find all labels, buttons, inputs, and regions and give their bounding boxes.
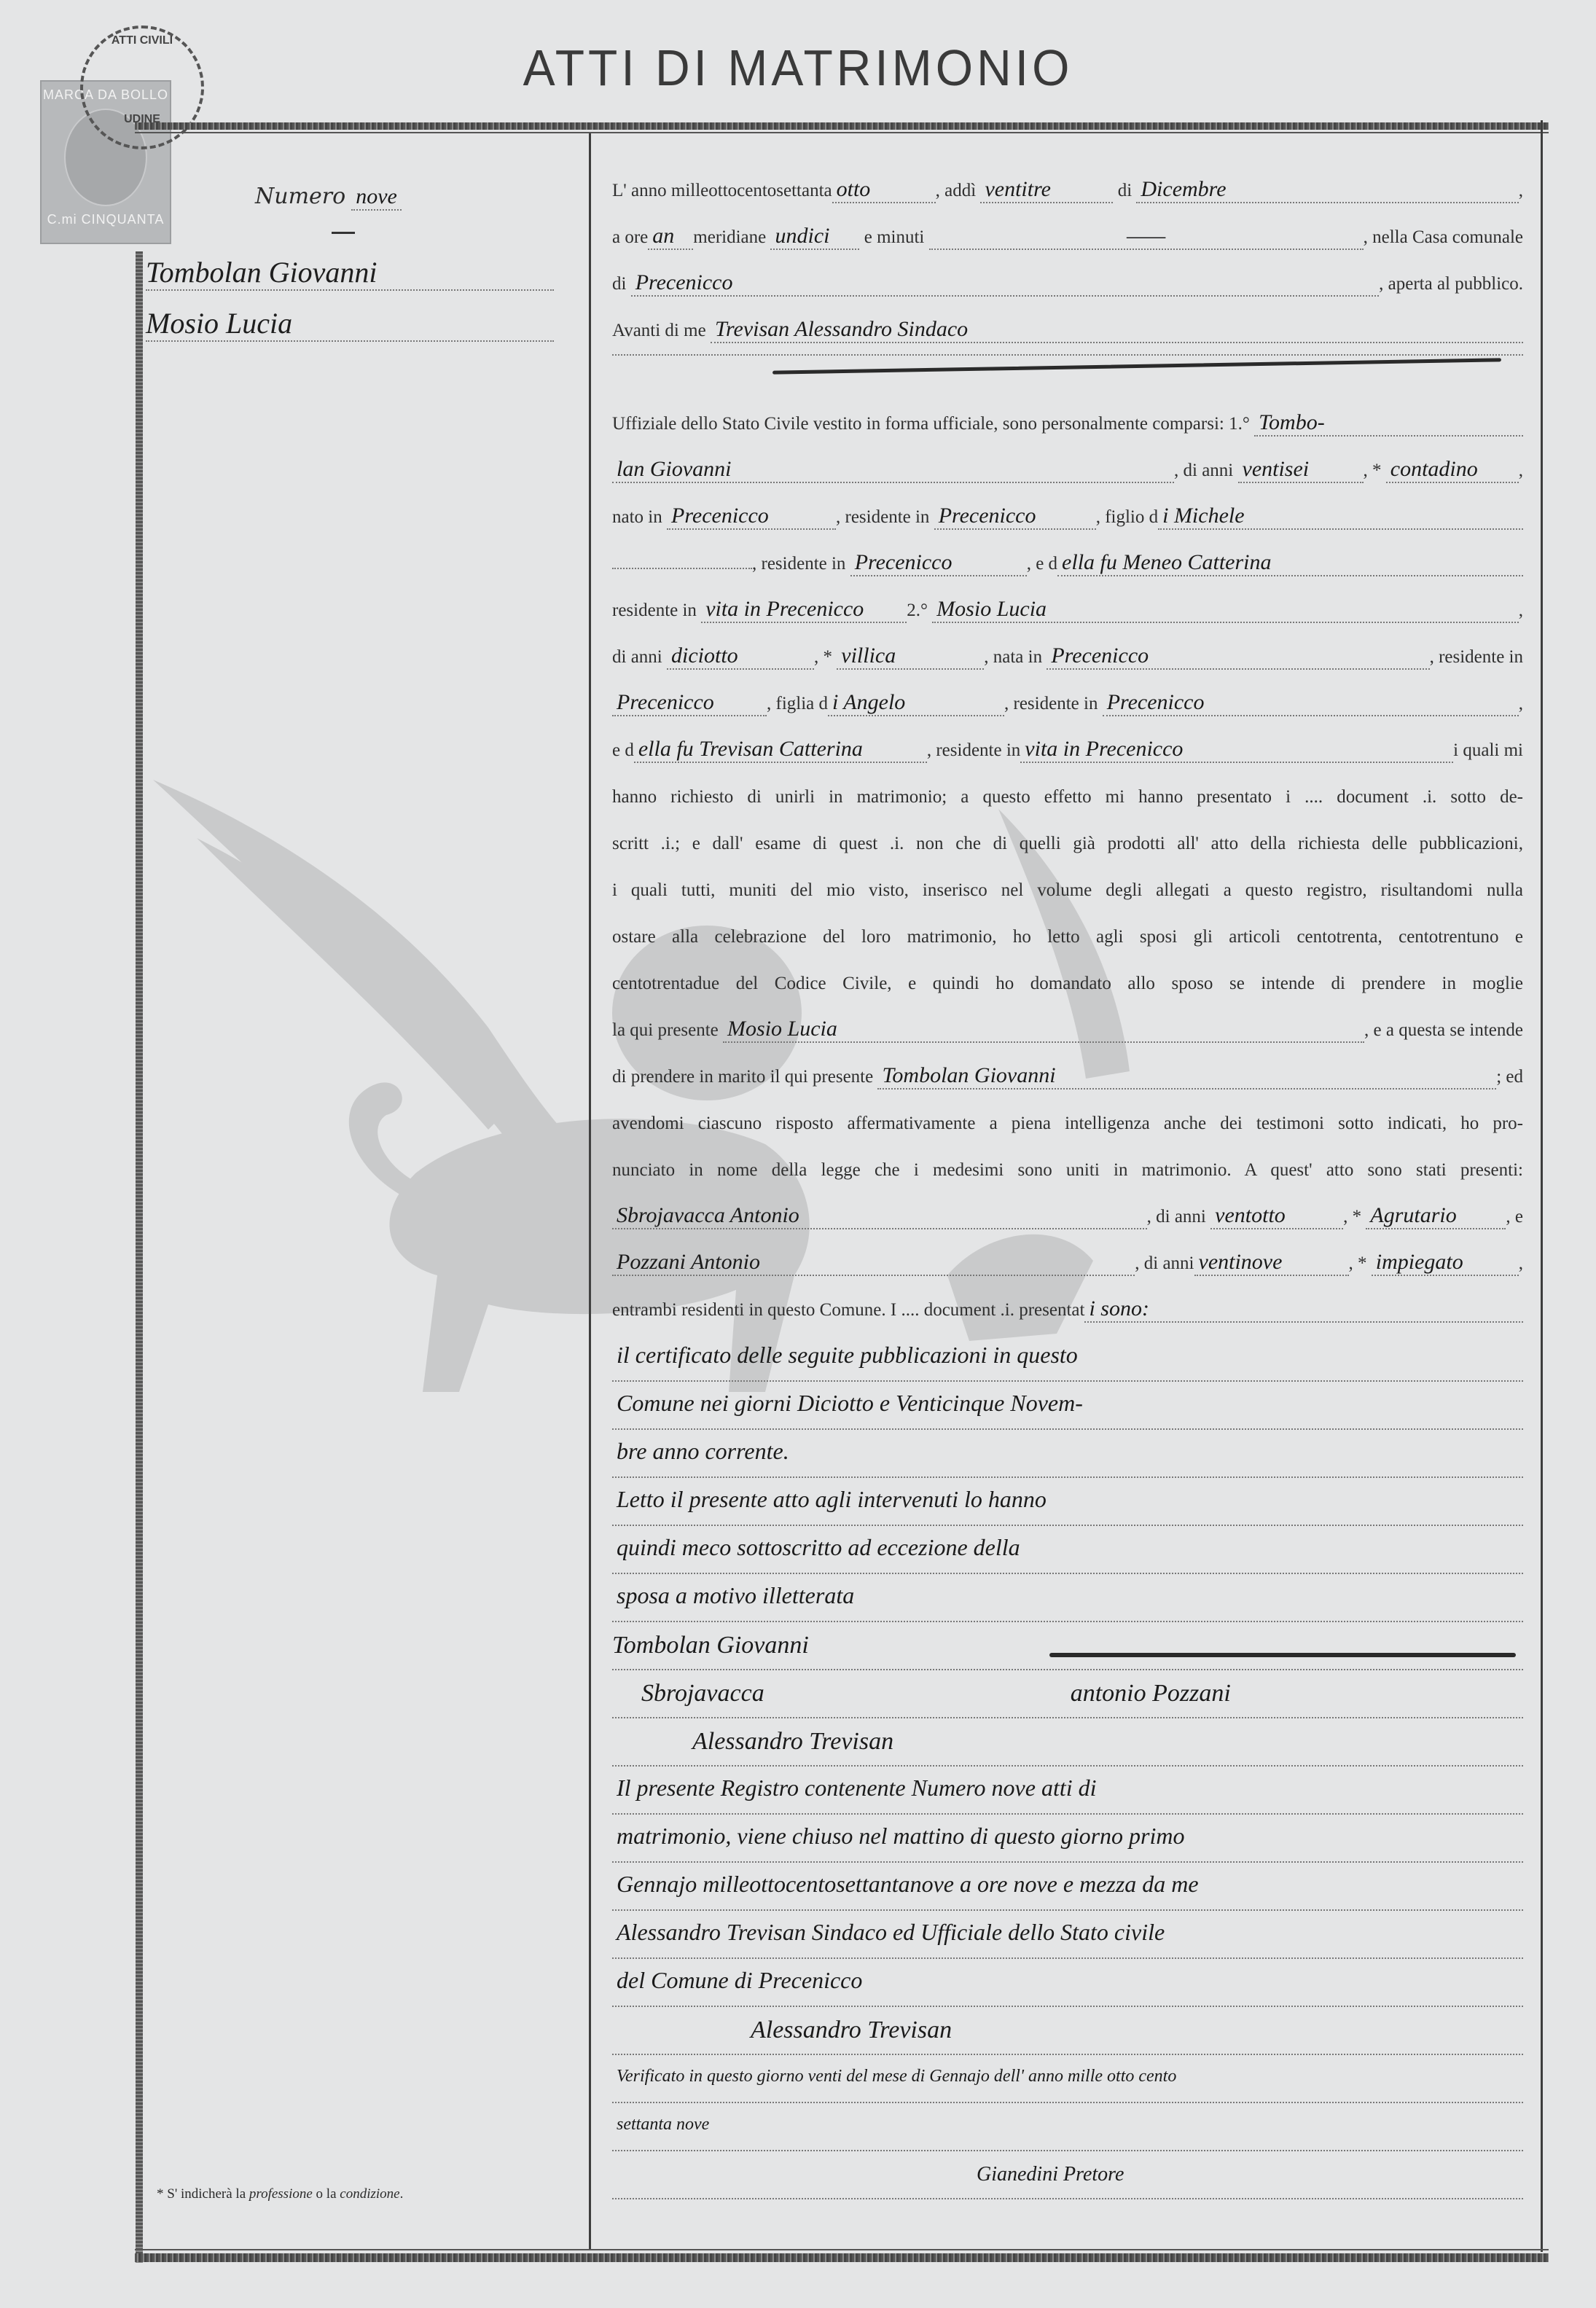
groom-surname-field: Tombo- xyxy=(1254,410,1523,437)
act-line: Precenicco , figlia d i Angelo , residen… xyxy=(612,681,1523,727)
printed-text: , xyxy=(1519,1240,1523,1287)
printed-text: , aperta al pubblico. xyxy=(1379,261,1523,308)
column-divider xyxy=(589,133,591,2250)
printed-text: , xyxy=(1519,168,1523,214)
printed-text: , di anni xyxy=(1135,1240,1194,1287)
act-line: lan Giovanni , di anni ventisei , * cont… xyxy=(612,447,1523,494)
margin-bride-name: Mosio Lucia xyxy=(146,306,554,342)
printed-text: meridiane xyxy=(693,214,766,261)
printed-text: , figlia d xyxy=(767,681,828,727)
printed-text: , xyxy=(1519,587,1523,634)
act-line: residente in vita in Precenicco 2.° Mosi… xyxy=(612,587,1523,634)
ink-stroke xyxy=(1049,1653,1516,1657)
year-field: otto xyxy=(832,177,936,203)
printed-text: e minuti xyxy=(864,214,925,261)
groom-signature: Tombolan Giovanni xyxy=(612,1622,809,1669)
groom-age-field: ventisei xyxy=(1238,457,1364,483)
printed-text: i quali tutti, muniti del mio visto, ins… xyxy=(612,867,1523,914)
footnote: * S' indicherà la professione o la condi… xyxy=(157,2186,403,2202)
act-line: Sbrojavacca Antonio , di anni ventotto ,… xyxy=(612,1194,1523,1240)
minutes-field: —— xyxy=(929,224,1364,250)
handwritten-line: sposa a motivo illetterata xyxy=(612,1574,1523,1622)
printed-text: la qui presente xyxy=(612,1007,719,1054)
bride-father-residence-field: Precenicco xyxy=(1103,690,1519,716)
closing-line: del Comune di Precenicco xyxy=(612,1959,1523,2007)
printed-text: , e xyxy=(1506,1194,1523,1240)
printed-text: , figlio d xyxy=(1096,494,1158,541)
printed-text: entrambi residenti in questo Comune. I .… xyxy=(612,1287,1084,1334)
act-line: Uffiziale dello Stato Civile vestito in … xyxy=(612,401,1523,447)
bride-birthplace-field: Precenicco xyxy=(1047,643,1429,670)
hour-field: undici xyxy=(770,224,859,250)
signature-line: Tombolan Giovanni xyxy=(612,1622,1523,1670)
groom-mother-field: ella fu Meneo Catterina xyxy=(1057,550,1523,576)
printed-text: e d xyxy=(612,727,634,774)
groom-father-residence-field: Precenicco xyxy=(850,550,1027,576)
act-line: di anni diciotto , * villica , nata in P… xyxy=(612,634,1523,681)
act-line: nato in Precenicco , residente in Precen… xyxy=(612,494,1523,541)
printed-text: , * xyxy=(1364,447,1382,494)
printed-text: , e d xyxy=(1027,541,1057,587)
printed-text: hanno richiesto di unirli in matrimonio;… xyxy=(612,774,1523,821)
marriage-act-body: L' anno milleottocentosettanta otto , ad… xyxy=(612,168,1523,2199)
act-line: scritt .i.; e dall' esame di quest .i. n… xyxy=(612,821,1523,867)
groom-name-field: lan Giovanni xyxy=(612,457,1174,483)
act-line: nunciato in nome della legge che i medes… xyxy=(612,1147,1523,1194)
ornamental-dash xyxy=(332,232,355,234)
top-ornamental-rule xyxy=(135,122,1549,130)
printed-text: ostare alla celebrazione del loro matrim… xyxy=(612,914,1523,961)
act-line: ostare alla celebrazione del loro matrim… xyxy=(612,914,1523,961)
page-title: ATTI DI MATRIMONIO xyxy=(0,39,1596,97)
act-line: Avanti di me Trevisan Alessandro Sindaco xyxy=(612,308,1523,354)
day-field: ventitre xyxy=(980,177,1113,203)
act-line: i quali tutti, muniti del mio visto, ins… xyxy=(612,867,1523,914)
witness1-profession-field: Agrutario xyxy=(1366,1203,1506,1229)
signature-line: Alessandro Trevisan xyxy=(612,2007,1523,2055)
groom-father-field: i Michele xyxy=(1158,504,1523,530)
footnote-emphasis-profession: professione xyxy=(249,2186,313,2202)
act-line: a ore an meridiane undici e minuti —— , … xyxy=(612,214,1523,261)
closing-line: Gennajo milleottocentosettantanove a ore… xyxy=(612,1863,1523,1911)
printed-text: nunciato in nome della legge che i medes… xyxy=(612,1147,1523,1194)
left-frame-border xyxy=(136,251,143,2263)
printed-text: , di anni xyxy=(1174,447,1233,494)
printed-text: scritt .i.; e dall' esame di quest .i. n… xyxy=(612,821,1523,867)
verification-line: settanta nove xyxy=(612,2103,1523,2151)
handwritten-line: quindi meco sottoscritto ad eccezione de… xyxy=(612,1526,1523,1574)
top-thin-rule xyxy=(135,132,1549,133)
printed-text: 2.° xyxy=(907,587,928,634)
act-line: L' anno milleottocentosettanta otto , ad… xyxy=(612,168,1523,214)
printed-text: , * xyxy=(1343,1194,1361,1240)
printed-text: , nata in xyxy=(984,634,1042,681)
verification-line: Verificato in questo giorno venti del me… xyxy=(612,2055,1523,2103)
printed-text: Avanti di me xyxy=(612,308,706,354)
printed-text: i quali mi xyxy=(1453,727,1523,774)
numero-label: Numero xyxy=(255,184,345,209)
mayor-signature: Alessandro Trevisan xyxy=(692,1718,893,1765)
printed-text: L' anno milleottocentosettanta xyxy=(612,168,832,214)
act-line: centotrentadue del Codice Civile, e quin… xyxy=(612,961,1523,1007)
bride-mother-field: ella fu Trevisan Catterina xyxy=(634,737,927,763)
handwritten-line: Comune nei giorni Diciotto e Venticinque… xyxy=(612,1382,1523,1430)
groom-presente-field: Tombolan Giovanni xyxy=(877,1063,1496,1090)
printed-text: , residente in xyxy=(836,494,929,541)
groom-residence-field: Precenicco xyxy=(934,504,1096,530)
seal-text: ATTI CIVILI xyxy=(83,34,201,47)
printed-text: , nella Casa comunale xyxy=(1364,214,1523,261)
groom-profession-field: contadino xyxy=(1386,457,1519,483)
official-seal: ATTI CIVILI UDINE xyxy=(80,26,204,149)
footnote-text: . xyxy=(400,2186,404,2202)
printed-text: residente in xyxy=(612,587,697,634)
month-field: Dicembre xyxy=(1136,177,1518,203)
act-line: hanno richiesto di unirli in matrimonio;… xyxy=(612,774,1523,821)
footnote-text: * S' indicherà la xyxy=(157,2186,249,2202)
act-line: e d ella fu Trevisan Catterina , residen… xyxy=(612,727,1523,774)
signature-line: Gianedini Pretore xyxy=(612,2151,1523,2199)
bride-age-field: diciotto xyxy=(667,643,814,670)
printed-text: , di anni xyxy=(1147,1194,1206,1240)
witness1-name-field: Sbrojavacca Antonio xyxy=(612,1203,1147,1229)
handwritten-line: Letto il presente atto agli intervenuti … xyxy=(612,1478,1523,1526)
printed-text: , residente in xyxy=(752,541,845,587)
witness2-signature: antonio Pozzani xyxy=(1071,1670,1231,1717)
printed-text: , residente in xyxy=(927,727,1020,774)
stamp-value-text: C.mi CINQUANTA xyxy=(42,212,170,227)
printed-text: , * xyxy=(1349,1240,1367,1287)
pretore-signature: Gianedini Pretore xyxy=(977,2151,1124,2198)
act-line: entrambi residenti in questo Comune. I .… xyxy=(612,1287,1523,1334)
printed-text: , e a questa se intende xyxy=(1364,1007,1523,1054)
act-line: Pozzani Antonio , di anni ventinove , * … xyxy=(612,1240,1523,1287)
act-line: di prendere in marito il qui presente To… xyxy=(612,1054,1523,1100)
comune-field: Precenicco xyxy=(631,270,1379,297)
act-line: avendomi ciascuno risposto affermativame… xyxy=(612,1100,1523,1147)
groom-birthplace-field: Precenicco xyxy=(667,504,836,530)
footnote-text: o la xyxy=(313,2186,340,2202)
closing-line: Il presente Registro contenente Numero n… xyxy=(612,1767,1523,1815)
margin-groom-name: Tombolan Giovanni xyxy=(146,255,554,291)
documents-field: i sono: xyxy=(1084,1296,1523,1323)
witness1-signature: Sbrojavacca xyxy=(641,1670,764,1717)
officiant-field: Trevisan Alessandro Sindaco xyxy=(711,317,1523,343)
closing-line: Alessandro Trevisan Sindaco ed Ufficiale… xyxy=(612,1911,1523,1959)
hour-prefix-field: an xyxy=(648,224,693,250)
printed-text: , residente in xyxy=(1004,681,1098,727)
witness2-name-field: Pozzani Antonio xyxy=(612,1250,1135,1276)
printed-text: ; ed xyxy=(1496,1054,1523,1100)
signature-line: Sbrojavacca antonio Pozzani xyxy=(612,1670,1523,1718)
printed-text: di xyxy=(1118,168,1132,214)
act-line: di Precenicco , aperta al pubblico. xyxy=(612,261,1523,308)
printed-text: , xyxy=(1519,447,1523,494)
signature-line: Alessandro Trevisan xyxy=(612,1718,1523,1767)
act-line: la qui presente Mosio Lucia , e a questa… xyxy=(612,1007,1523,1054)
handwritten-line: bre anno corrente. xyxy=(612,1430,1523,1478)
printed-text: a ore xyxy=(612,214,648,261)
printed-text: centotrentadue del Codice Civile, e quin… xyxy=(612,961,1523,1007)
printed-text: , xyxy=(1519,681,1523,727)
blank-field xyxy=(612,568,752,569)
bottom-ornamental-rule xyxy=(135,2253,1549,2262)
printed-text: , residente in xyxy=(1430,634,1523,681)
printed-text: Uffiziale dello Stato Civile vestito in … xyxy=(612,401,1250,447)
bride-name-field: Mosio Lucia xyxy=(932,597,1519,623)
closing-signature: Alessandro Trevisan xyxy=(751,2007,952,2054)
bride-profession-field: villica xyxy=(837,643,984,670)
right-frame-border xyxy=(1541,120,1543,2252)
printed-text: di anni xyxy=(612,634,662,681)
bride-mother-residence-field: vita in Precenicco xyxy=(1020,737,1453,763)
act-line: , residente in Precenicco , e d ella fu … xyxy=(612,541,1523,587)
witness2-profession-field: impiegato xyxy=(1372,1250,1519,1276)
printed-text: , * xyxy=(814,634,832,681)
bride-residence-field: Precenicco xyxy=(612,690,767,716)
bottom-thin-rule xyxy=(135,2249,1549,2250)
printed-text: di prendere in marito il qui presente xyxy=(612,1054,873,1100)
act-number: Numero nove xyxy=(255,182,402,211)
witness2-age-field: ventinove xyxy=(1194,1250,1349,1276)
handwritten-line: il certificato delle seguite pubblicazio… xyxy=(612,1334,1523,1382)
blank-field xyxy=(612,354,1523,356)
printed-text: nato in xyxy=(612,494,662,541)
printed-text: , addì xyxy=(936,168,977,214)
printed-text: avendomi ciascuno risposto affermativame… xyxy=(612,1100,1523,1147)
footnote-emphasis-condition: condizione xyxy=(340,2186,399,2202)
witness1-age-field: ventotto xyxy=(1210,1203,1343,1229)
closing-line: matrimonio, viene chiuso nel mattino di … xyxy=(612,1815,1523,1863)
bride-father-field: i Angelo xyxy=(828,690,1004,716)
numero-value: nove xyxy=(351,184,402,211)
bride-presente-field: Mosio Lucia xyxy=(723,1017,1364,1043)
printed-text: di xyxy=(612,261,626,308)
groom-mother-residence-field: vita in Precenicco xyxy=(701,597,907,623)
